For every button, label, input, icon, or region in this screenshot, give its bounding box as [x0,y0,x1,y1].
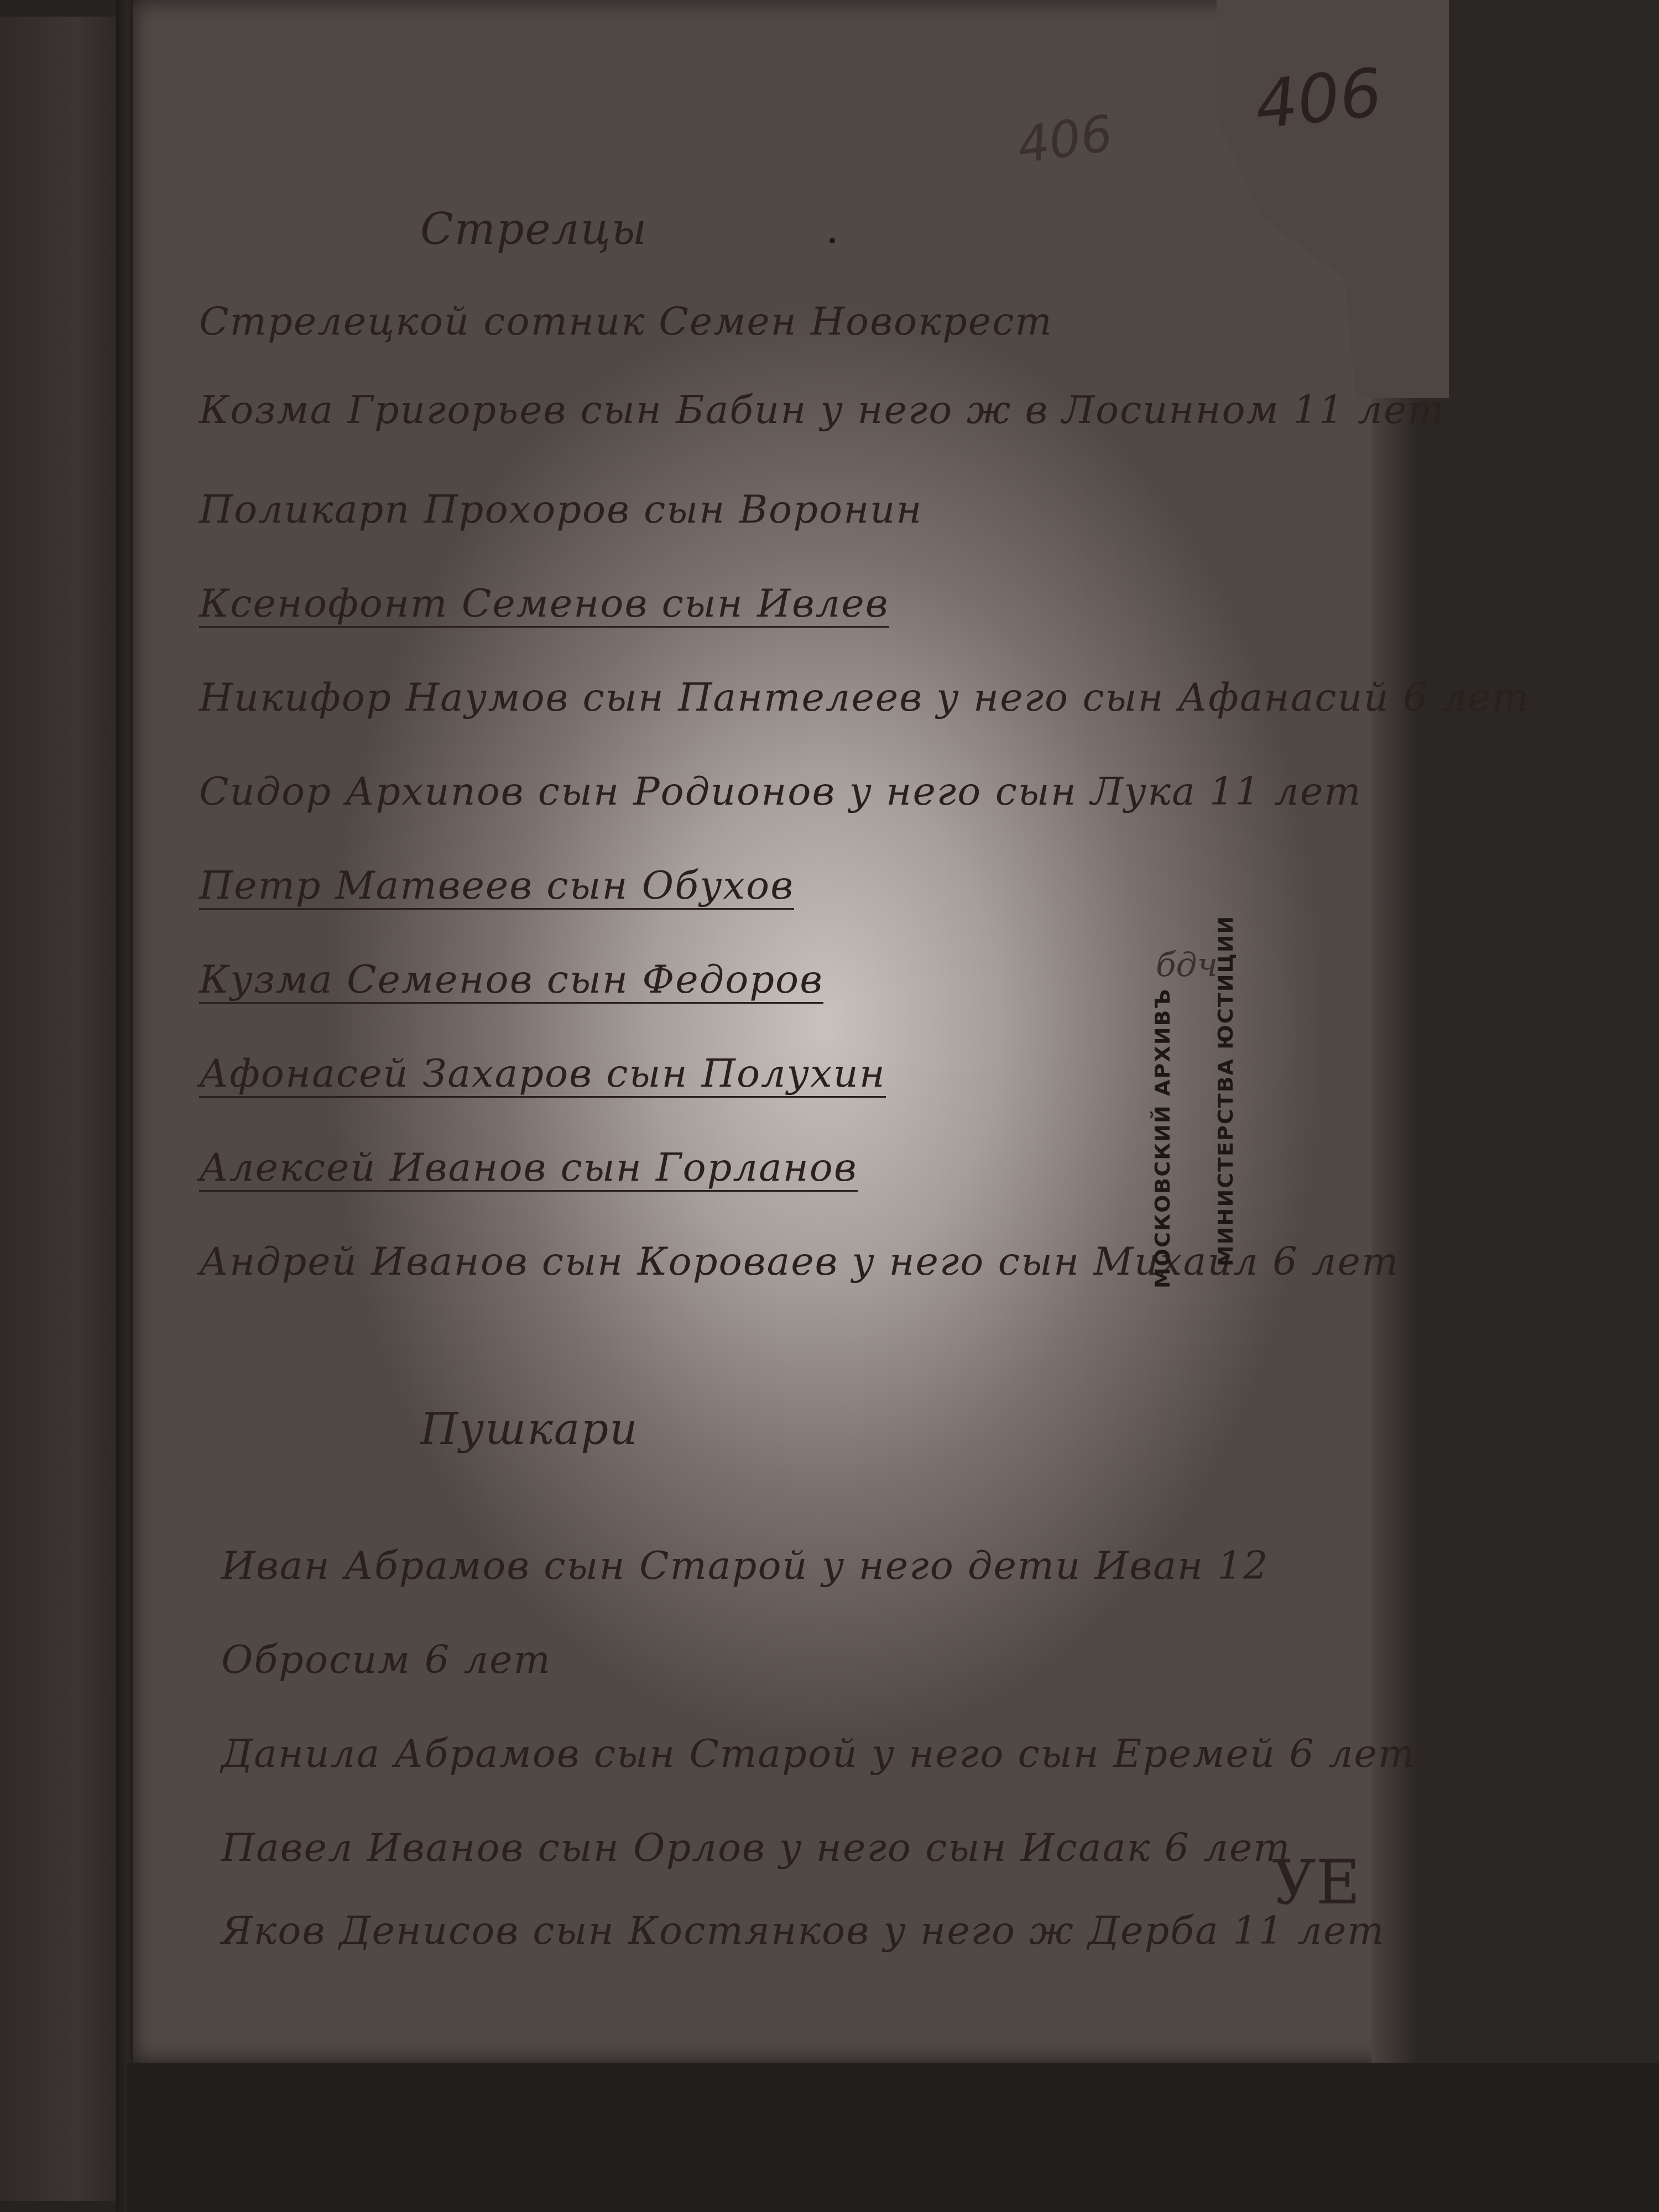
section-heading-pushkari: Пушкари [420,1405,638,1454]
margin-note: УЕ [1272,1847,1360,1918]
manuscript-line: Сидор Архипов сын Родионов у него сын Лу… [199,769,1362,814]
ink-dot [830,238,835,243]
stamp-line-2: МИНИСТЕРСТВА ЮСТИЦИИ [1213,915,1238,1266]
manuscript-line: Иван Абрамов сын Старой у него дети Иван… [221,1543,1269,1588]
page-number-ink: 406 [1251,54,1385,144]
manuscript-line: Козма Григорьев сын Бабин у него ж в Лос… [199,387,1446,432]
manuscript-line: Стрелецкой сотник Семен Новокрест [199,299,1053,344]
stamp-line-1: МОСКОВСКИЙ АРХИВЪ [1150,915,1175,1288]
section-heading-streltsy: Стрелцы [420,205,648,254]
manuscript-line: Кузма Семенов сын Федоров [199,957,823,1004]
manuscript-line: Петр Матвеев сын Обухов [199,863,794,910]
background-right [1416,0,1659,2212]
manuscript-line: Алексей Иванов сын Горланов [199,1145,858,1192]
left-facing-page [0,17,127,2201]
background-bottom [127,2063,1659,2212]
manuscript-line: Яков Денисов сын Костянков у него ж Дерб… [221,1908,1385,1953]
manuscript-line: Ксенофонт Семенов сын Ивлев [199,581,889,628]
manuscript-line: Павел Иванов сын Орлов у него сын Исаак … [221,1825,1291,1870]
manuscript-line: Данила Абрамов сын Старой у него сын Ере… [221,1731,1416,1776]
manuscript-line: Поликарп Прохоров сын Воронин [199,487,923,532]
archive-stamp: МОСКОВСКИЙ АРХИВЪ МИНИСТЕРСТВА ЮСТИЦИИ [1150,915,1238,1288]
manuscript-line: Обросим 6 лет [221,1637,551,1682]
manuscript-line: Никифор Наумов сын Пантелеев у него сын … [199,675,1530,720]
manuscript-line: Афонасей Захаров сын Полухин [199,1051,886,1098]
